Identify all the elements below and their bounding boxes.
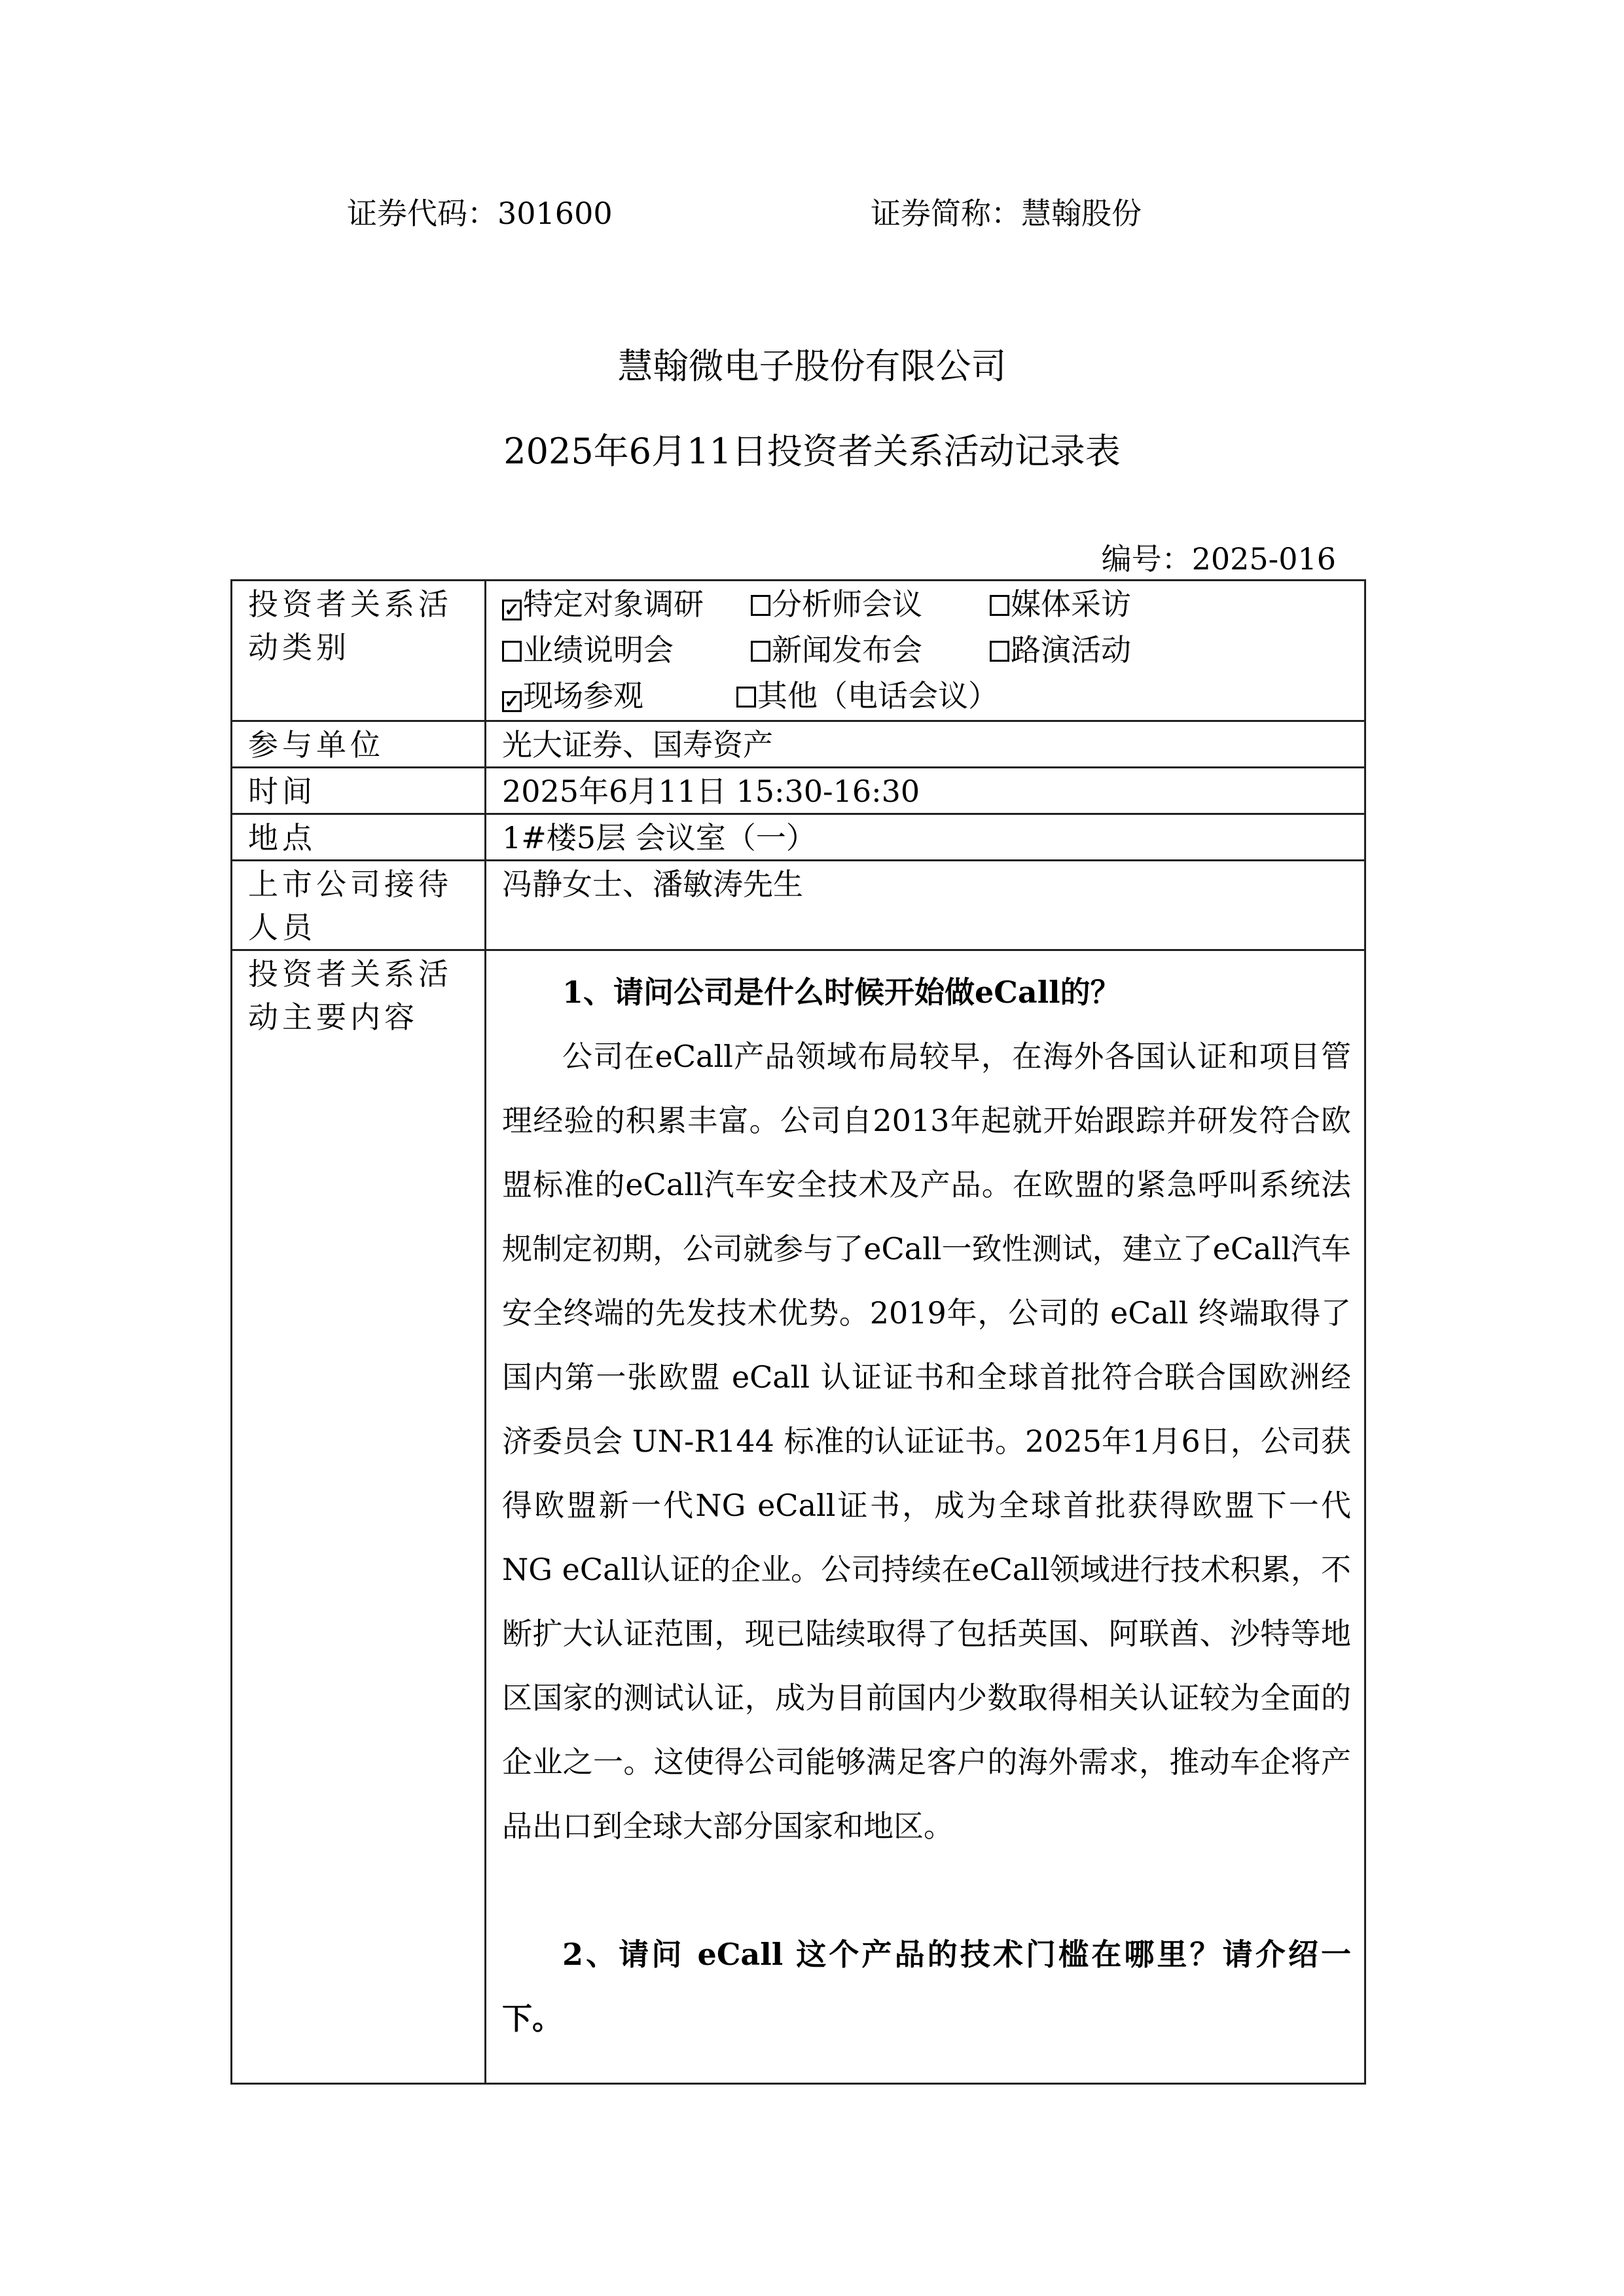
company-title: 慧翰微电子股份有限公司: [0, 344, 1624, 389]
stock-name: 证券简称：慧翰股份: [871, 195, 1142, 232]
label-activity-type: 投资者关系活动类别: [232, 581, 486, 721]
empty-box-icon: [990, 595, 1009, 616]
label-time: 时间: [232, 768, 486, 814]
row-location: 地点 1#楼5层 会议室（一）: [232, 814, 1365, 861]
value-participants: 光大证券、国寿资产: [486, 721, 1365, 768]
row-participants: 参与单位 光大证券、国寿资产: [232, 721, 1365, 768]
question-1: 1、请问公司是什么时候开始做eCall的？: [502, 960, 1351, 1024]
stock-code: 证券代码：301600: [347, 195, 613, 232]
checkbox-earnings-briefing[interactable]: 业绩说明会: [502, 628, 738, 672]
checkbox-media-interview[interactable]: 媒体采访: [990, 583, 1131, 626]
spacer: [502, 1858, 1351, 1922]
main-content: 1、请问公司是什么时候开始做eCall的？ 公司在eCall产品领域布局较早，在…: [486, 950, 1365, 2084]
question-2: 2、请问 eCall 这个产品的技术门槛在哪里？请介绍一下。: [502, 1922, 1351, 2051]
empty-box-icon: [736, 687, 756, 708]
empty-box-icon: [751, 641, 770, 662]
empty-box-icon: [502, 641, 522, 662]
checked-box-icon: ✓: [502, 691, 522, 712]
label-location: 地点: [232, 814, 486, 861]
label-participants: 参与单位: [232, 721, 486, 768]
document-title: 2025年6月11日投资者关系活动记录表: [0, 429, 1624, 475]
value-reception: 冯静女士、潘敏涛先生: [486, 861, 1365, 950]
value-time: 2025年6月11日 15:30-16:30: [486, 768, 1365, 814]
checkbox-analyst-meeting[interactable]: 分析师会议: [751, 583, 977, 626]
serial-number: 编号：2025-016: [1102, 541, 1336, 577]
value-location: 1#楼5层 会议室（一）: [486, 814, 1365, 861]
activity-record-table: 投资者关系活动类别 ✓特定对象调研分析师会议媒体采访 业绩说明会新闻发布会路演活…: [230, 579, 1366, 2085]
checkbox-specific-research[interactable]: ✓特定对象调研: [502, 583, 738, 626]
empty-box-icon: [990, 641, 1009, 662]
label-main-content: 投资者关系活动主要内容: [232, 950, 486, 2084]
row-activity-type: 投资者关系活动类别 ✓特定对象调研分析师会议媒体采访 业绩说明会新闻发布会路演活…: [232, 581, 1365, 721]
checked-box-icon: ✓: [502, 600, 522, 620]
row-main-content: 投资者关系活动主要内容 1、请问公司是什么时候开始做eCall的？ 公司在eCa…: [232, 950, 1365, 2084]
answer-1: 公司在eCall产品领域布局较早，在海外各国认证和项目管理经验的积累丰富。公司自…: [502, 1024, 1351, 1858]
checkbox-site-visit[interactable]: ✓现场参观: [502, 674, 723, 717]
activity-type-options: ✓特定对象调研分析师会议媒体采访 业绩说明会新闻发布会路演活动 ✓现场参观其他（…: [486, 581, 1365, 721]
label-reception: 上市公司接待人员: [232, 861, 486, 950]
empty-box-icon: [751, 595, 770, 616]
checkbox-other[interactable]: 其他（电话会议）: [736, 674, 998, 717]
row-reception: 上市公司接待人员 冯静女士、潘敏涛先生: [232, 861, 1365, 950]
checkbox-roadshow[interactable]: 路演活动: [990, 628, 1131, 672]
checkbox-press-conference[interactable]: 新闻发布会: [751, 628, 977, 672]
row-time: 时间 2025年6月11日 15:30-16:30: [232, 768, 1365, 814]
